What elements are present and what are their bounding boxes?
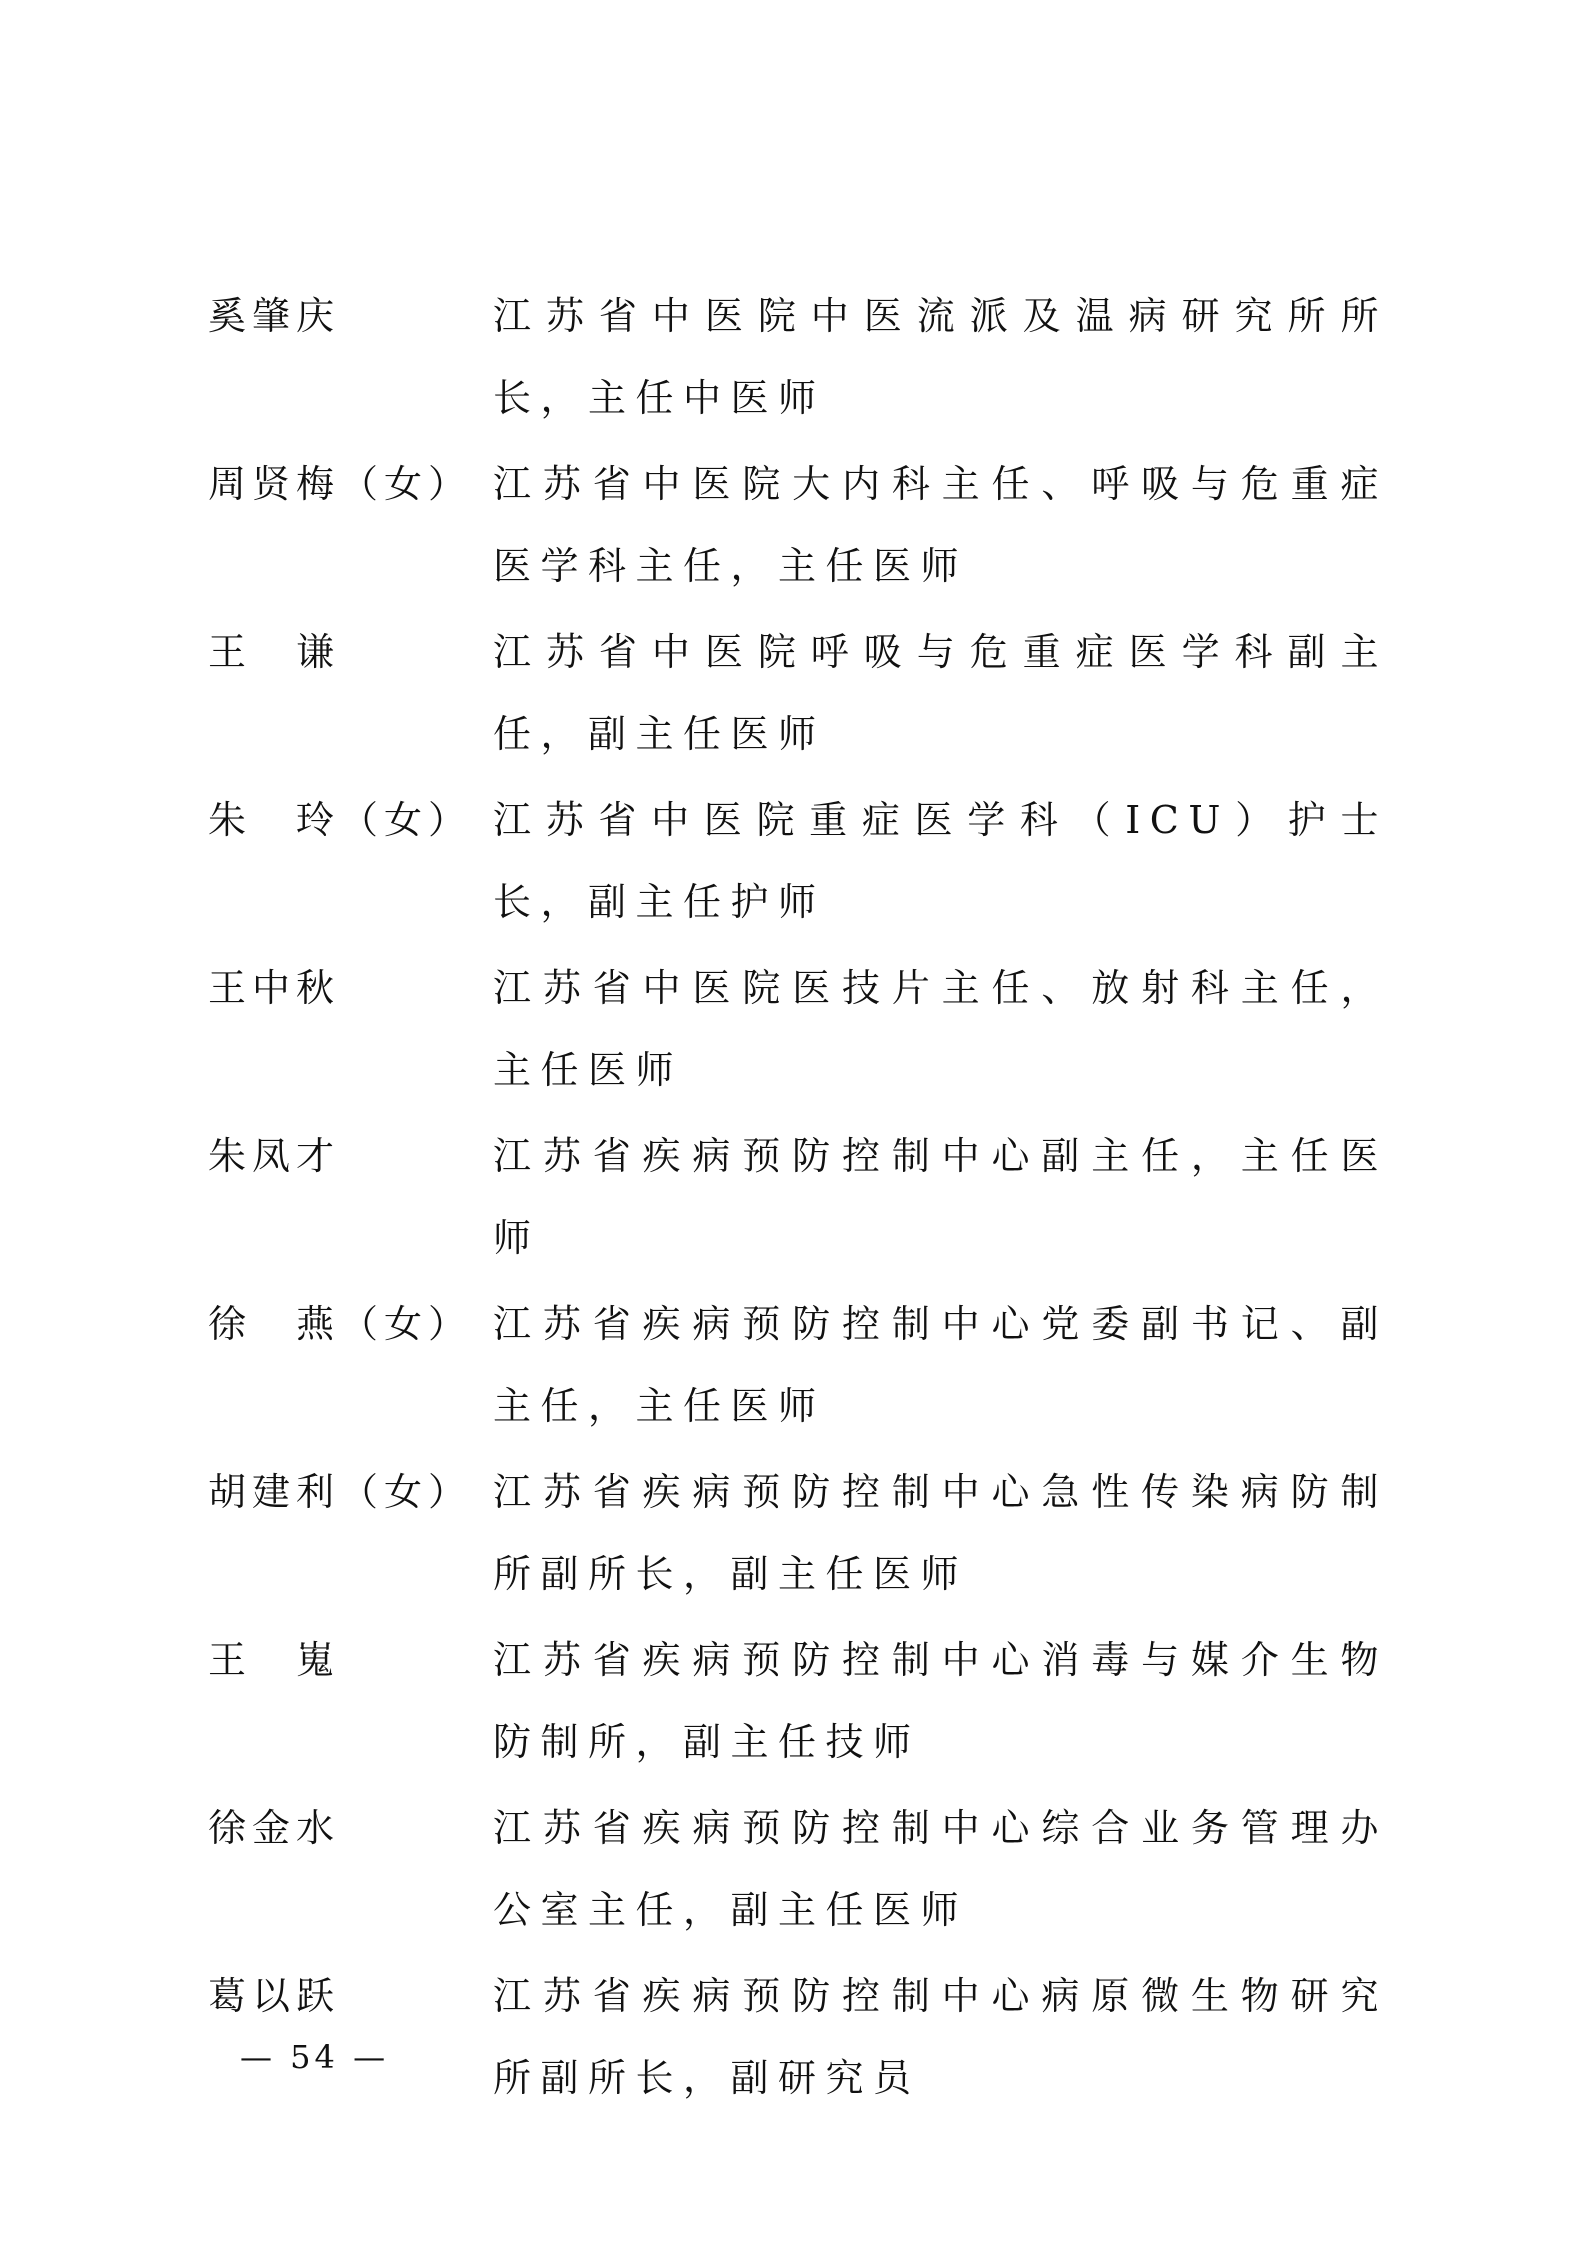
list-item: 徐 燕（女） 江苏省疾病预防控制中心党委副书记、副主任，主任医师 — [208, 1283, 1388, 1447]
person-title: 江苏省疾病预防控制中心急性传染病防制所副所长，副主任医师 — [493, 1451, 1388, 1615]
person-title: 江苏省中医院重症医学科（ICU）护士长，副主任护师 — [493, 779, 1388, 943]
person-name: 朱凤才 — [208, 1115, 493, 1197]
list-item: 朱凤才 江苏省疾病预防控制中心副主任，主任医师 — [208, 1115, 1388, 1279]
person-title: 江苏省中医院呼吸与危重症医学科副主任，副主任医师 — [493, 611, 1388, 775]
person-title: 江苏省中医院大内科主任、呼吸与危重症医学科主任，主任医师 — [493, 443, 1388, 607]
list-item: 胡建利（女） 江苏省疾病预防控制中心急性传染病防制所副所长，副主任医师 — [208, 1451, 1388, 1615]
person-title: 江苏省疾病预防控制中心党委副书记、副主任，主任医师 — [493, 1283, 1388, 1447]
list-item: 朱 玲（女） 江苏省中医院重症医学科（ICU）护士长，副主任护师 — [208, 779, 1388, 943]
person-title: 江苏省疾病预防控制中心综合业务管理办公室主任，副主任医师 — [493, 1787, 1388, 1951]
list-item: 王 嵬 江苏省疾病预防控制中心消毒与媒介生物防制所，副主任技师 — [208, 1619, 1388, 1783]
list-item: 徐金水 江苏省疾病预防控制中心综合业务管理办公室主任，副主任医师 — [208, 1787, 1388, 1951]
person-name: 王 嵬 — [208, 1619, 493, 1701]
list-item: 王 谦 江苏省中医院呼吸与危重症医学科副主任，副主任医师 — [208, 611, 1388, 775]
page-number: — 54 — — [240, 2038, 389, 2076]
person-name: 徐 燕（女） — [208, 1283, 493, 1365]
person-title: 江苏省疾病预防控制中心消毒与媒介生物防制所，副主任技师 — [493, 1619, 1388, 1783]
person-title: 江苏省疾病预防控制中心病原微生物研究所副所长，副研究员 — [493, 1955, 1388, 2119]
person-name: 王中秋 — [208, 947, 493, 1029]
document-page: 奚肇庆 江苏省中医院中医流派及温病研究所所长，主任中医师 周贤梅（女） 江苏省中… — [0, 0, 1587, 2245]
list-item: 奚肇庆 江苏省中医院中医流派及温病研究所所长，主任中医师 — [208, 275, 1388, 439]
list-item: 周贤梅（女） 江苏省中医院大内科主任、呼吸与危重症医学科主任，主任医师 — [208, 443, 1388, 607]
list-item: 王中秋 江苏省中医院医技片主任、放射科主任，主任医师 — [208, 947, 1388, 1111]
personnel-list: 奚肇庆 江苏省中医院中医流派及温病研究所所长，主任中医师 周贤梅（女） 江苏省中… — [208, 275, 1388, 2123]
person-name: 朱 玲（女） — [208, 779, 493, 861]
person-name: 胡建利（女） — [208, 1451, 493, 1533]
person-name: 葛以跃 — [208, 1955, 493, 2037]
list-item: 葛以跃 江苏省疾病预防控制中心病原微生物研究所副所长，副研究员 — [208, 1955, 1388, 2119]
person-name: 周贤梅（女） — [208, 443, 493, 525]
person-name: 奚肇庆 — [208, 275, 493, 357]
person-title: 江苏省中医院中医流派及温病研究所所长，主任中医师 — [493, 275, 1388, 439]
person-name: 徐金水 — [208, 1787, 493, 1869]
person-title: 江苏省中医院医技片主任、放射科主任，主任医师 — [493, 947, 1388, 1111]
person-name: 王 谦 — [208, 611, 493, 693]
person-title: 江苏省疾病预防控制中心副主任，主任医师 — [493, 1115, 1388, 1279]
